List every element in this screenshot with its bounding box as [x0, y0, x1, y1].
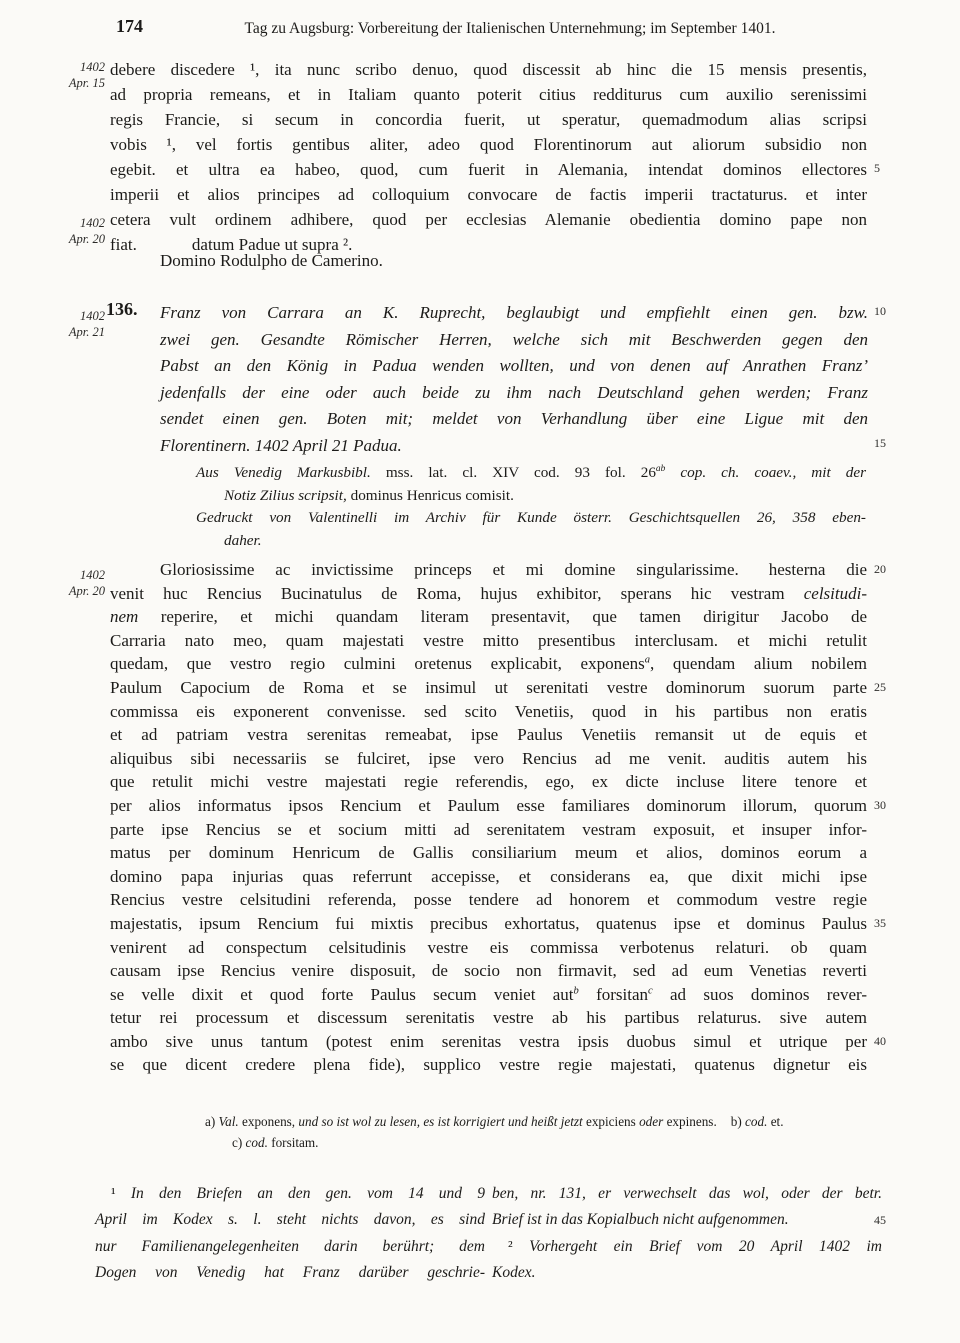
line-number-10: 10	[874, 304, 900, 319]
address-line: Domino Rodulpho de Camerino.	[160, 251, 383, 271]
doc-number: 136.	[106, 299, 138, 320]
doc-135-letter-end: debere discedere ¹, ita nunc scribo denu…	[110, 57, 867, 257]
margin-note-apr15: 1402 Apr. 15	[55, 59, 105, 91]
margin-note-apr21: 1402 Apr. 21	[55, 308, 105, 340]
footnote-column-left: ¹ In den Briefen an den gen. vom 14 und …	[95, 1181, 485, 1286]
line-number-15: 15	[874, 436, 900, 451]
margin-note-year: 1402	[55, 567, 105, 583]
page-number: 174	[116, 16, 143, 37]
line-number-25: 25	[874, 680, 900, 695]
line-number-30: 30	[874, 798, 900, 813]
critical-apparatus: a) Val. exponens, und so ist wol zu lese…	[205, 1111, 867, 1153]
doc-136-summary: Franz von Carrara an K. Ruprecht, beglau…	[160, 300, 868, 459]
book-page: 174 Tag zu Augsburg: Vorbereitung der It…	[0, 0, 960, 1343]
margin-note-date: Apr. 20	[55, 231, 105, 247]
running-title: Tag zu Augsburg: Vorbereitung der Italie…	[150, 20, 870, 38]
margin-note-apr20-b: 1402 Apr. 20	[55, 567, 105, 599]
margin-note-year: 1402	[55, 59, 105, 75]
line-number-5: 5	[874, 161, 900, 176]
line-number-35: 35	[874, 916, 900, 931]
margin-note-date: Apr. 15	[55, 75, 105, 91]
source-note: Aus Venedig Markusbibl. mss. lat. cl. XI…	[196, 462, 866, 552]
margin-note-date: Apr. 21	[55, 324, 105, 340]
doc-136-letter-body: Gloriosissime ac invictissime princeps e…	[110, 558, 867, 1077]
margin-note-year: 1402	[55, 308, 105, 324]
margin-note-apr20-a: 1402 Apr. 20	[55, 215, 105, 247]
margin-note-year: 1402	[55, 215, 105, 231]
line-number-40: 40	[874, 1034, 900, 1049]
footnote-column-right: ben, nr. 131, er verwechselt das wol, od…	[492, 1181, 882, 1286]
margin-note-date: Apr. 20	[55, 583, 105, 599]
line-number-20: 20	[874, 562, 900, 577]
